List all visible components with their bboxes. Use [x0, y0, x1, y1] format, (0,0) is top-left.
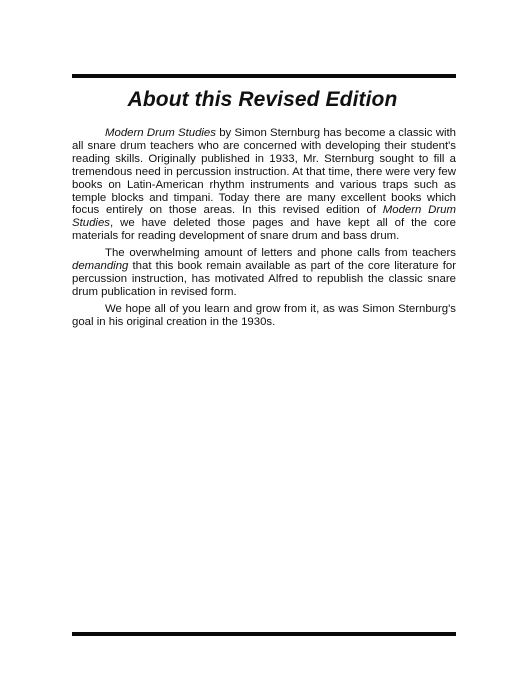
paragraph-text: The overwhelming amount of letters and p…: [105, 247, 456, 259]
page-title: About this Revised Edition: [0, 88, 525, 112]
paragraph-2: The overwhelming amount of letters and p…: [72, 247, 456, 299]
body-text: Modern Drum Studies by Simon Sternburg h…: [72, 127, 456, 333]
paragraph-1: Modern Drum Studies by Simon Sternburg h…: [72, 127, 456, 243]
paragraph-text: , we have deleted those pages and have k…: [72, 217, 456, 242]
paragraph-text: We hope all of you learn and grow from i…: [72, 303, 456, 328]
paragraph-text: that this book remain available as part …: [72, 260, 456, 298]
paragraph-3: We hope all of you learn and grow from i…: [72, 303, 456, 329]
emphasis-italic: demanding: [72, 260, 128, 272]
top-horizontal-rule: [72, 74, 456, 78]
book-title-italic: Modern Drum Studies: [105, 127, 216, 139]
bottom-horizontal-rule: [72, 632, 456, 636]
paragraph-text: by Simon Sternburg has become a classic …: [72, 127, 456, 216]
